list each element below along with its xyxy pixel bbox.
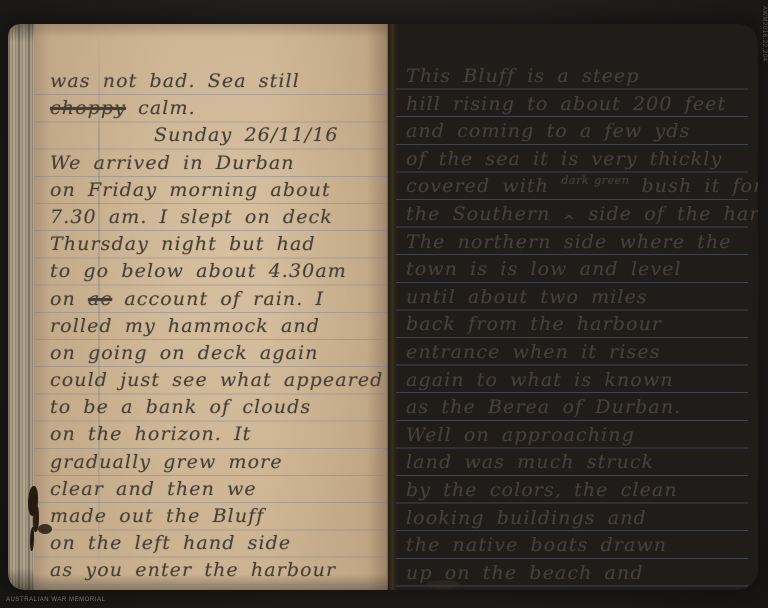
handwriting-text: as you enter the harbour (50, 559, 336, 581)
handwriting-line: of the sea it is very thickly (406, 146, 752, 174)
handwriting-strike: choppy (50, 97, 126, 119)
handwriting-text: was not bad. Sea still (50, 70, 300, 92)
handwriting-text: on (50, 288, 88, 310)
handwriting-line: the native boats drawn (406, 532, 752, 560)
handwriting-text: gradually grew more (50, 451, 283, 473)
handwriting-text: made out the Bluff (50, 505, 264, 527)
handwriting-line: back from the harbour (406, 311, 752, 339)
handwriting-text: on the left hand side (50, 532, 291, 554)
handwriting-text: looking buildings and (406, 507, 647, 529)
handwriting-text: to go below about 4.30am (50, 260, 347, 282)
handwriting-line: covered with dark green bush it forms (406, 173, 752, 201)
handwriting-text: Well on approaching (406, 424, 635, 446)
handwriting-line: looking buildings and (406, 505, 752, 533)
handwriting-line: rolled my hammock and (50, 315, 384, 342)
handwriting-line: made out the Bluff (50, 505, 384, 532)
handwriting-text: town is is low and level (406, 258, 682, 280)
handwriting-line: was not bad. Sea still (50, 70, 384, 97)
handwriting-text: on the horizon. It (50, 423, 251, 445)
handwriting-line: land was much struck (406, 449, 752, 477)
handwriting-line: on Friday morning about (50, 179, 384, 206)
handwriting-text: covered with (406, 175, 561, 197)
handwriting-line: Well on approaching (406, 422, 752, 450)
handwriting-right-page: This Bluff is a steephill rising to abou… (406, 63, 752, 587)
handwriting-line: again to what is known (406, 367, 752, 395)
handwriting-text: and coming to a few yds (406, 120, 690, 142)
handwriting-text: again to what is known (406, 369, 674, 391)
handwriting-line: as the Berea of Durban. (406, 394, 752, 422)
handwriting-line: entrance when it rises (406, 339, 752, 367)
handwriting-text: account of rain. I (112, 288, 324, 310)
handwriting-text: the Southern (406, 203, 563, 225)
handwriting-text: until about two miles (406, 286, 648, 308)
handwriting-line: on going on deck again (50, 342, 384, 369)
handwriting-text: The northern side where the (406, 231, 732, 253)
notebook-diary: was not bad. Sea stillchoppy calm.Sunday… (8, 24, 758, 590)
handwriting-line: town is is low and level (406, 256, 752, 284)
handwriting-insert: dark green (561, 173, 629, 187)
handwriting-line: 7.30 am. I slept on deck (50, 206, 384, 233)
handwriting-line: on the left hand side (50, 532, 384, 559)
archive-credit-label: AUSTRALIAN WAR MEMORIAL (6, 597, 105, 603)
handwriting-text: rolled my hammock and (50, 315, 320, 337)
handwriting-left-page: was not bad. Sea stillchoppy calm.Sunday… (50, 70, 384, 587)
handwriting-line: to be a bank of clouds (50, 396, 384, 423)
handwriting-text: on Friday morning about (50, 179, 331, 201)
handwriting-text: hill rising to about 200 feet (406, 93, 726, 115)
handwriting-line: Thursday night but had (50, 233, 384, 260)
handwriting-line: by the colors, the clean (406, 477, 752, 505)
handwriting-line: The northern side where the (406, 229, 752, 257)
handwriting-line: Sunday 26/11/16 (50, 124, 384, 151)
handwriting-line: as you enter the harbour (50, 559, 384, 586)
handwriting-text: clear and then we (50, 478, 257, 500)
handwriting-line: hill rising to about 200 feet (406, 91, 752, 119)
handwriting-text: We arrived in Durban (50, 152, 295, 174)
ink-blot (38, 524, 52, 534)
handwriting-text: Thursday night but had (50, 233, 316, 255)
handwriting-text: This Bluff is a steep (406, 65, 640, 87)
handwriting-caret: ^ (563, 212, 577, 230)
handwriting-text: by the colors, the clean (406, 479, 678, 501)
handwriting-line: clear and then we (50, 478, 384, 505)
handwriting-line: the Southern ^ side of the harbor (406, 201, 752, 229)
handwriting-text: 7.30 am. I slept on deck (50, 206, 333, 228)
handwriting-line: This Bluff is a steep (406, 63, 752, 91)
handwriting-text: bush it forms (629, 175, 758, 197)
handwriting-line: could just see what appeared (50, 369, 384, 396)
handwriting-text: on going on deck again (50, 342, 318, 364)
pencil-smudge (426, 580, 460, 589)
handwriting-line: to go below about 4.30am (50, 260, 384, 287)
handwriting-line: and coming to a few yds (406, 118, 752, 146)
handwriting-text: could just see what appeared (50, 369, 383, 391)
handwriting-text: side of the harbor (576, 203, 758, 225)
handwriting-text: the native boats drawn (406, 534, 667, 556)
catalog-number-label: AWM2016.22.204 (761, 6, 767, 62)
handwriting-text: as the Berea of Durban. (406, 396, 681, 418)
handwriting-text: to be a bank of clouds (50, 396, 311, 418)
handwriting-strike: ac (88, 288, 112, 310)
handwriting-text: back from the harbour (406, 313, 662, 335)
handwriting-text: entrance when it rises (406, 341, 661, 363)
handwriting-line: until about two miles (406, 284, 752, 312)
handwriting-line: choppy calm. (50, 97, 384, 124)
handwriting-text: of the sea it is very thickly (406, 148, 722, 170)
handwriting-text: calm. (126, 97, 196, 119)
handwriting-line: on the horizon. It (50, 423, 384, 450)
handwriting-text: land was much struck (406, 451, 654, 473)
handwriting-line: We arrived in Durban (50, 152, 384, 179)
handwriting-line: on ac account of rain. I (50, 288, 384, 315)
handwriting-text: Sunday 26/11/16 (154, 124, 339, 146)
handwriting-line: gradually grew more (50, 451, 384, 478)
